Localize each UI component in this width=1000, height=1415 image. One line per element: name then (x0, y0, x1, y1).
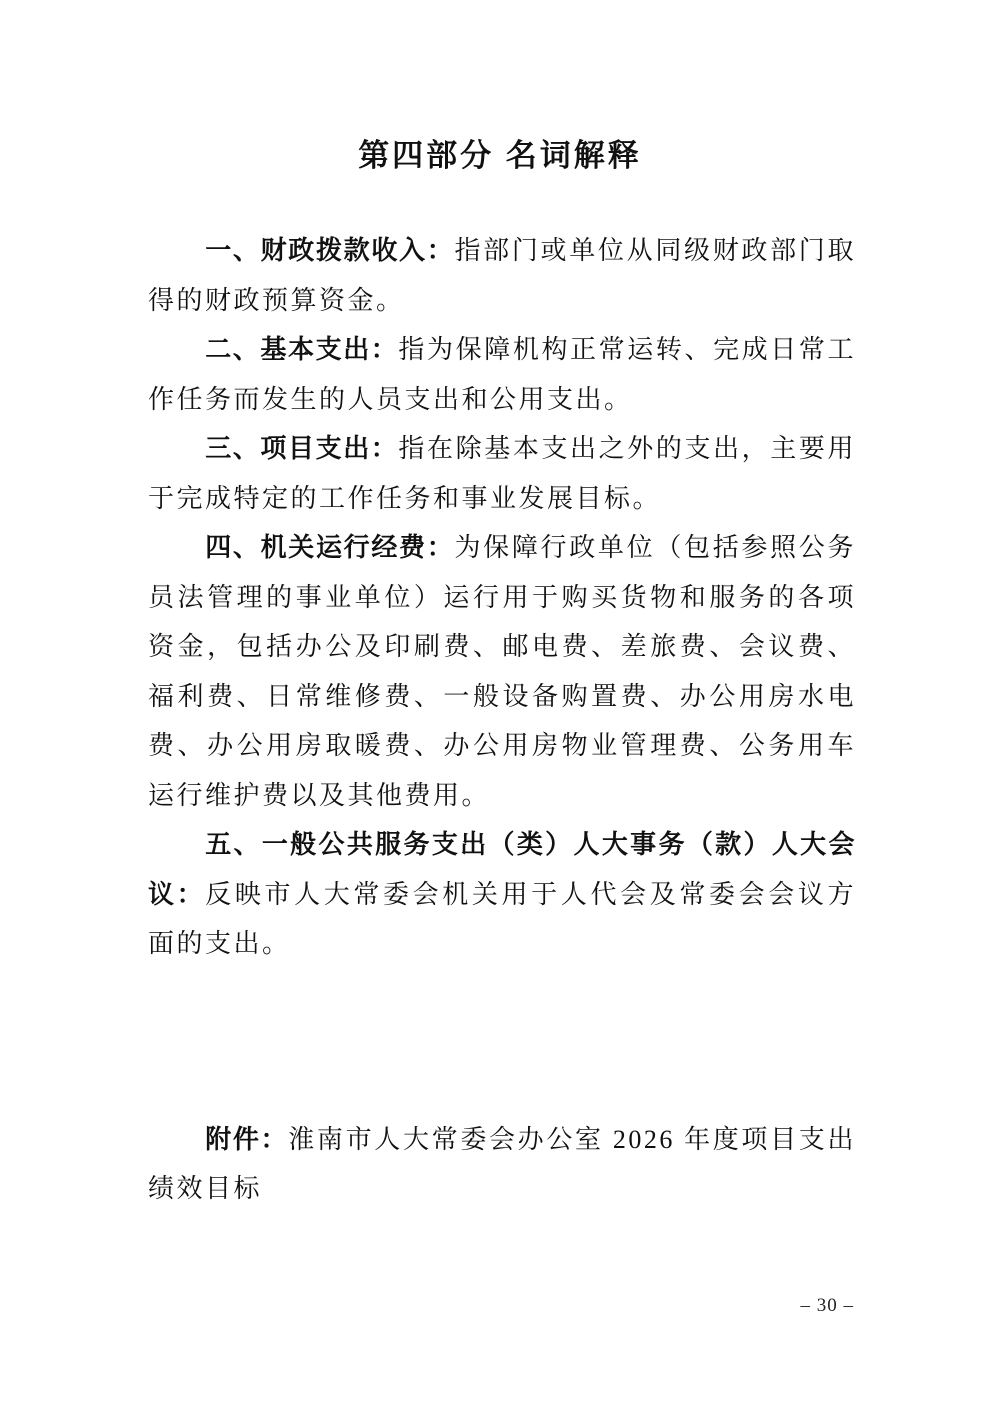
definition-agency-operating-funds: 四、机关运行经费：为保障行政单位（包括参照公务员法管理的事业单位）运行用于购买货… (148, 523, 856, 820)
definition-basic-expenditure: 二、基本支出：指为保障机构正常运转、完成日常工作任务而发生的人员支出和公用支出。 (148, 325, 856, 424)
term-label: 一、财政拨款收入： (205, 235, 454, 265)
term-label: 四、机关运行经费： (205, 532, 454, 562)
definition-project-expenditure: 三、项目支出：指在除基本支出之外的支出，主要用于完成特定的工作任务和事业发展目标… (148, 424, 856, 523)
definitions: 一、财政拨款收入：指部门或单位从同级财政部门取得的财政预算资金。二、基本支出：指… (148, 226, 856, 1214)
term-label: 附件： (205, 1124, 288, 1154)
attachment-note: 附件：淮南市人大常委会办公室 2026 年度项目支出绩效目标 (148, 1115, 856, 1214)
page-number: – 30 – (801, 1295, 855, 1317)
definition-fiscal-appropriation-income: 一、财政拨款收入：指部门或单位从同级财政部门取得的财政预算资金。 (148, 226, 856, 325)
page-title: 第四部分 名词解释 (0, 130, 1000, 175)
definition-general-public-service-expenditure: 五、一般公共服务支出（类）人大事务（款）人大会议：反映市人大常委会机关用于人代会… (148, 820, 856, 969)
term-definition: 为保障行政单位（包括参照公务员法管理的事业单位）运行用于购买货物和服务的各项资金… (148, 533, 856, 810)
term-definition: 反映市人大常委会机关用于人代会及常委会会议方面的支出。 (148, 880, 856, 959)
term-label: 三、项目支出： (205, 433, 398, 463)
document-page: 第四部分 名词解释 一、财政拨款收入：指部门或单位从同级财政部门取得的财政预算资… (0, 0, 1000, 1415)
term-label: 二、基本支出： (205, 334, 398, 364)
